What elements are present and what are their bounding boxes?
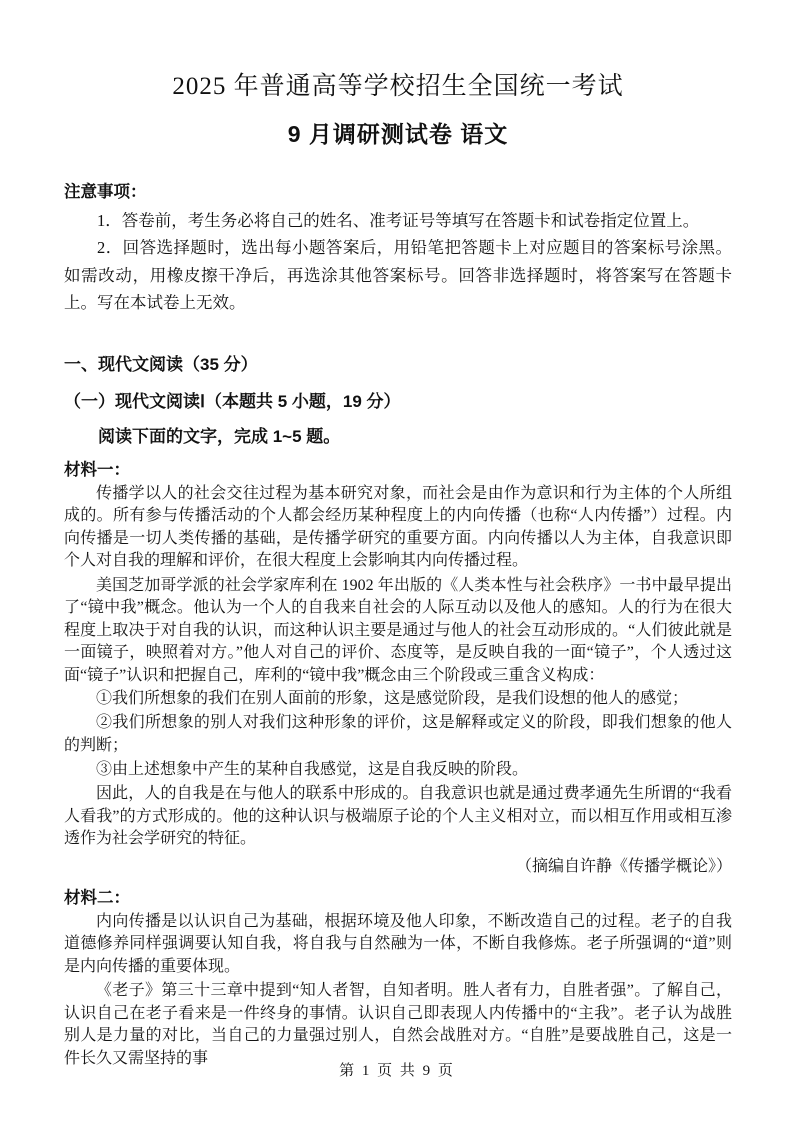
material1-attribution: （摘编自许静《传播学概论》） bbox=[64, 855, 732, 878]
page-footer: 第 1 页 共 9 页 bbox=[0, 1059, 794, 1080]
material2-label: 材料二： bbox=[64, 888, 732, 909]
page-subtitle: 9 月调研测试卷 语文 bbox=[64, 120, 732, 148]
material1-label: 材料一： bbox=[64, 460, 732, 481]
page-title: 2025 年普通高等学校招生全国统一考试 bbox=[64, 72, 732, 102]
notice-item-2: 2．回答选择题时，选出每小题答案后，用铅笔把答题卡上对应题目的答案标号涂黑。如需… bbox=[64, 234, 732, 317]
material1-paragraph-2: 美国芝加哥学派的社会学家库利在 1902 年出版的《人类本性与社会秩序》一书中最… bbox=[64, 575, 732, 688]
material2-paragraph-1: 内向传播是以认识自己为基础，根据环境及他人印象，不断改造自己的过程。老子的自我道… bbox=[64, 911, 732, 979]
material1-paragraph-1: 传播学以人的社会交往过程为基本研究对象，而社会是由作为意识和行为主体的个人所组成… bbox=[64, 483, 732, 573]
section-heading-modern-reading: 一、现代文阅读（35 分） bbox=[64, 354, 732, 375]
material1-stage-3: ③由上述想象中产生的某种自我感觉，这是自我反映的阶段。 bbox=[64, 758, 732, 782]
notice-heading: 注意事项： bbox=[64, 179, 732, 207]
notice-section: 注意事项： 1．答卷前，考生务必将自己的姓名、准考证号等填写在答题卡和试卷指定位… bbox=[64, 179, 732, 317]
material1-stage-2: ②我们所想象的别人对我们这种形象的评价，这是解释或定义的阶段，即我们想象的他人的… bbox=[64, 711, 732, 758]
material1-conclusion: 因此，人的自我是在与他人的联系中形成的。自我意识也就是通过费孝通先生所谓的“我看… bbox=[64, 783, 732, 851]
subsection-heading-reading-1: （一）现代文阅读Ⅰ（本题共 5 小题，19 分） bbox=[64, 391, 732, 412]
reading-instruction: 阅读下面的文字，完成 1~5 题。 bbox=[64, 426, 732, 447]
notice-item-1: 1．答卷前，考生务必将自己的姓名、准考证号等填写在答题卡和试卷指定位置上。 bbox=[64, 207, 732, 235]
material1-stage-1: ①我们所想象的我们在别人面前的形象，这是感觉阶段，是我们设想的他人的感觉； bbox=[64, 687, 732, 711]
material2-paragraph-2: 《老子》第三十三章中提到“知人者智，自知者明。胜人者有力，自胜者强”。了解自己，… bbox=[64, 980, 732, 1070]
exam-paper-page: 2025 年普通高等学校招生全国统一考试 9 月调研测试卷 语文 注意事项： 1… bbox=[0, 0, 794, 1122]
